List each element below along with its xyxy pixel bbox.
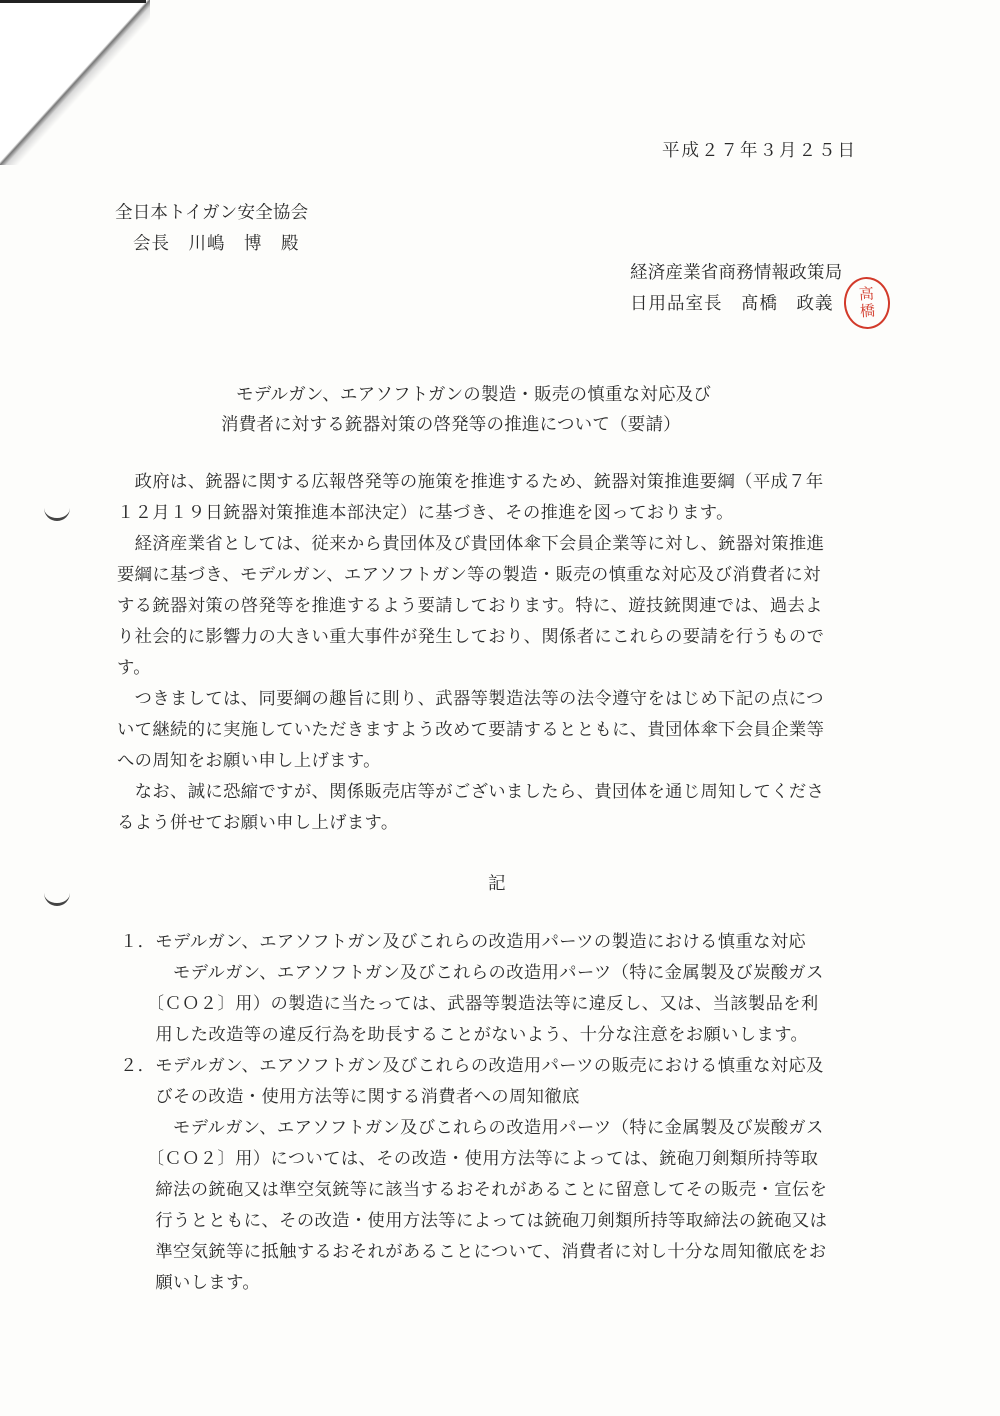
item-line: 〔ＣＯ２〕用）については、その改造・使用方法等によっては、銃砲刀剣類所持等取 (120, 1144, 880, 1175)
folded-corner (0, 0, 150, 165)
sender-name: 日用品室長 髙橋 政義 (630, 290, 834, 315)
body-line: り社会的に影響力の大きい重大事件が発生しており、関係者にこれらの要請を行うもので (117, 622, 867, 653)
body-paragraph-2: 経済産業省としては、従来から貴団体及び貴団体傘下会員企業等に対し、銃器対策推進 … (117, 529, 867, 684)
body-paragraph-3: つきましては、同要綱の趣旨に則り、武器等製造法等の法令遵守をはじめ下記の点につ … (117, 684, 867, 777)
document-title-line-1: モデルガン、エアソフトガンの製造・販売の慎重な対応及び (236, 381, 711, 406)
body-line: １２月１９日銃器対策推進本部決定）に基づき、その推進を図っております。 (117, 498, 867, 529)
item-line: 〔ＣＯ２〕用）の製造に当たっては、武器等製造法等に違反し、又は、当該製品を利 (120, 989, 880, 1020)
body-line: つきましては、同要綱の趣旨に則り、武器等製造法等の法令遵守をはじめ下記の点につ (117, 684, 867, 715)
item-line: モデルガン、エアソフトガン及びこれらの改造用パーツ（特に金属製及び炭酸ガス (120, 1113, 880, 1144)
body-line: する銃器対策の啓発等を推進するよう要請しております。特に、遊技銃関連では、過去よ (117, 591, 867, 622)
body-line: への周知をお願い申し上げます。 (117, 746, 867, 777)
document-title-line-2: 消費者に対する銃器対策の啓発等の推進について（要請） (221, 411, 681, 436)
item-2: ２．モデルガン、エアソフトガン及びこれらの改造用パーツの販売における慎重な対応及… (120, 1051, 880, 1299)
seal-char-bottom: 橋 (860, 302, 876, 320)
ki-heading: 記 (488, 870, 506, 895)
recipient-organization: 全日本トイガン安全協会 (115, 199, 308, 224)
punch-hole-mark (44, 508, 70, 521)
item-line: モデルガン、エアソフトガン及びこれらの改造用パーツ（特に金属製及び炭酸ガス (120, 958, 880, 989)
document-date: 平成２７年３月２５日 (662, 137, 857, 162)
item-line: 準空気銃等に抵触するおそれがあることについて、消費者に対し十分な周知徹底をお (120, 1237, 880, 1268)
item-heading: １．モデルガン、エアソフトガン及びこれらの改造用パーツの製造における慎重な対応 (120, 927, 880, 958)
body-paragraph-4: なお、誠に恐縮ですが、関係販売店等がございましたら、貴団体を通じ周知してくださ … (117, 777, 867, 839)
folded-corner-edge (0, 0, 146, 3)
scanned-letter-page: 平成２７年３月２５日 全日本トイガン安全協会 会長 川嶋 博 殿 経済産業省商務… (0, 0, 1000, 1416)
red-seal-stamp: 高 橋 (842, 275, 892, 330)
sender-bureau: 経済産業省商務情報政策局 (630, 259, 842, 284)
item-line: 願いします。 (120, 1268, 880, 1299)
body-line: す。 (117, 653, 867, 684)
body-line: 経済産業省としては、従来から貴団体及び貴団体傘下会員企業等に対し、銃器対策推進 (117, 529, 867, 560)
item-line: 行うとともに、その改造・使用方法等によっては銃砲刀剣類所持等取締法の銃砲又は (120, 1206, 880, 1237)
item-line: 締法の銃砲又は準空気銃等に該当するおそれがあることに留意してその販売・宣伝を (120, 1175, 880, 1206)
body-line: 要綱に基づき、モデルガン、エアソフトガン等の製造・販売の慎重な対応及び消費者に対 (117, 560, 867, 591)
body-paragraph-1: 政府は、銃器に関する広報啓発等の施策を推進するため、銃器対策推進要綱（平成７年 … (117, 467, 867, 529)
body-line: るよう併せてお願い申し上げます。 (117, 808, 867, 839)
body-line: 政府は、銃器に関する広報啓発等の施策を推進するため、銃器対策推進要綱（平成７年 (117, 467, 867, 498)
item-1: １．モデルガン、エアソフトガン及びこれらの改造用パーツの製造における慎重な対応 … (120, 927, 880, 1051)
body-line: いて継続的に実施していただきますよう改めて要請するとともに、貴団体傘下会員企業等 (117, 715, 867, 746)
recipient-name: 会長 川嶋 博 殿 (133, 230, 300, 255)
body-line: なお、誠に恐縮ですが、関係販売店等がございましたら、貴団体を通じ周知してくださ (117, 777, 867, 808)
item-heading: ２．モデルガン、エアソフトガン及びこれらの改造用パーツの販売における慎重な対応及 (120, 1051, 880, 1082)
punch-hole-mark (44, 893, 70, 906)
item-line: 用した改造等の違反行為を助長することがないよう、十分な注意をお願いします。 (120, 1020, 880, 1051)
item-line: びその改造・使用方法等に関する消費者への周知徹底 (120, 1082, 880, 1113)
